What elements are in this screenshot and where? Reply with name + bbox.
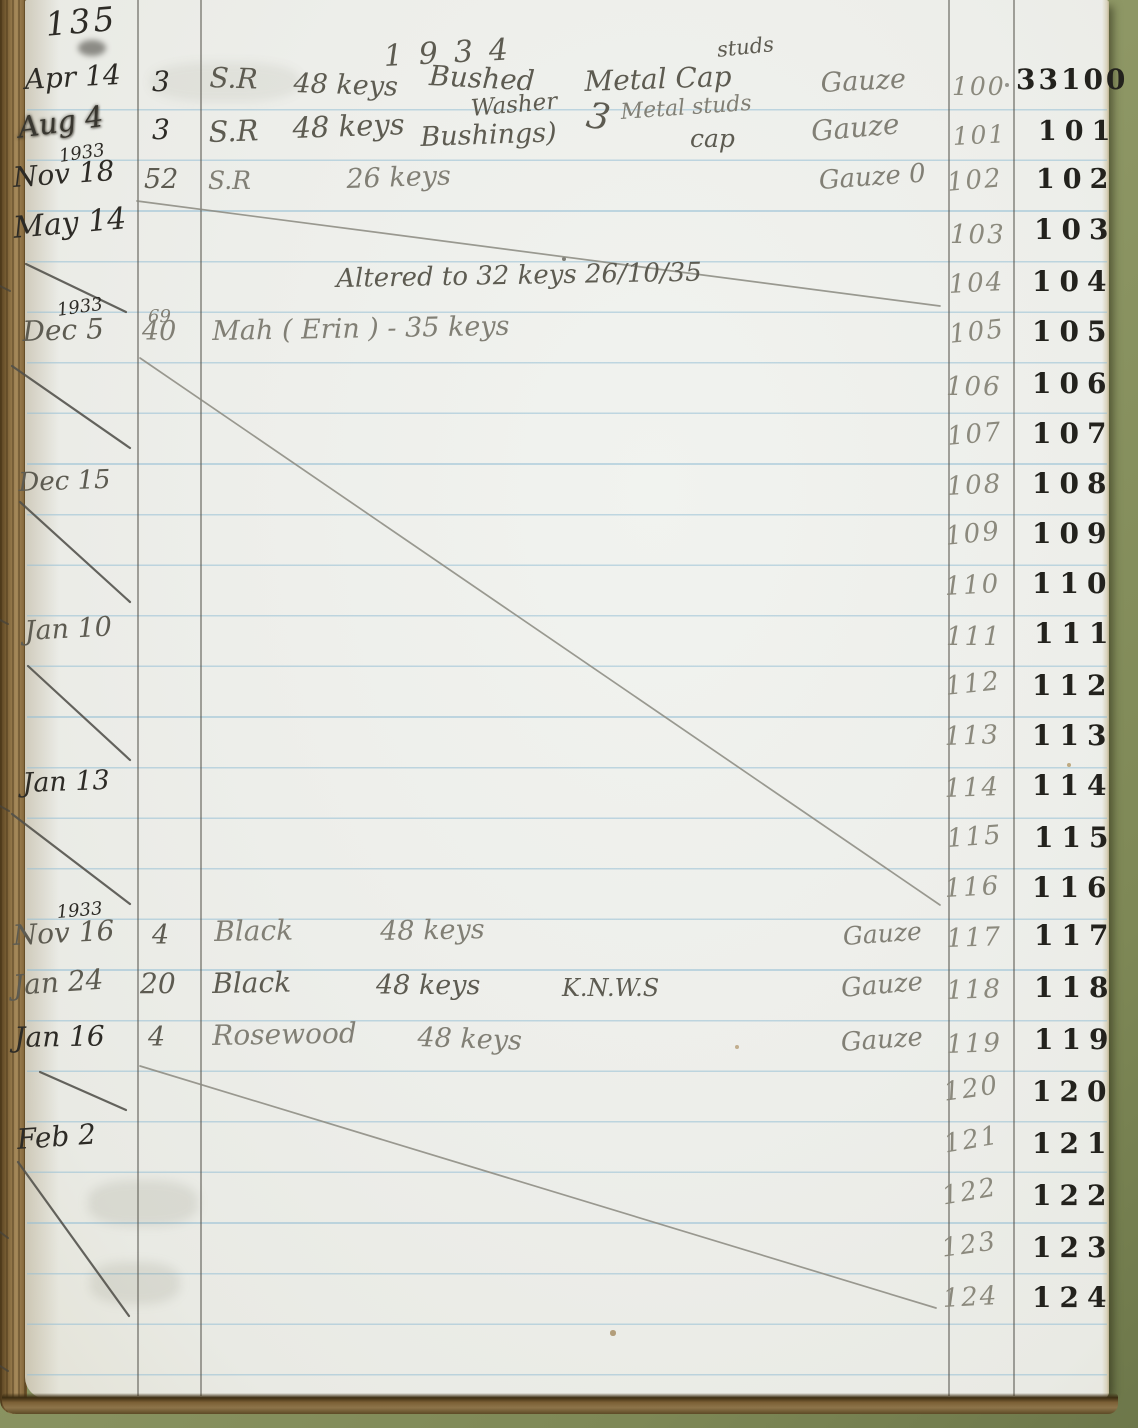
serial-pencil-112: 112 [944,668,1002,700]
desc-101-keys: 48 keys [292,110,405,143]
desc-100-keys: 48 keys [293,70,398,101]
serial-ink-100: 33100 [1016,66,1128,94]
serial-ink-110: 110 [1032,570,1114,598]
desc-118-initials: K.N.W.S [562,976,659,1000]
desc-102-sr: S.R [208,168,251,193]
date-dec-15: Dec 15 [18,467,111,496]
desc-117-black: Black [214,917,293,946]
serial-pencil-119: 119 [946,1030,1003,1058]
qty-105: 40 [142,318,176,345]
qty-102: 52 [144,166,178,193]
desc-100-metal-cap: Metal Cap [584,63,732,96]
desc-100-bushed: Bushed [429,62,536,95]
serial-pencil-111: 111 [946,624,1002,650]
qty-119: 4 [148,1024,165,1051]
serial-pencil-103: 103 [950,222,1006,248]
serial-ink-116: 116 [1032,874,1114,902]
paper-specks [0,0,2,2]
serial-pencil-110: 110 [944,571,1001,600]
serial-ink-124: 124 [1032,1284,1114,1312]
desc-101-sr: S.R [208,116,259,147]
serial-ink-113: 113 [1032,722,1114,750]
desc-105: Mah ( Erin ) - 35 keys [212,313,510,345]
desc-119-keys: 48 keys [417,1024,522,1055]
serial-ink-109: 109 [1032,520,1114,548]
serial-ink-104: 104 [1032,268,1114,296]
column-divider-number [1013,0,1015,1396]
scanned-ledger-screenshot: { "document": { "type": "handwritten led… [0,0,1138,1428]
date-jan-16: Jan 16 [14,1022,105,1052]
serial-pencil-116: 116 [944,873,1001,902]
serial-ink-107: 107 [1032,420,1114,448]
cap-note: cap [690,126,735,151]
serial-ink-117: 117 [1034,922,1116,950]
gauge-100: Gauze [820,66,907,97]
date-nov-18: Nov 18 [12,157,115,192]
serial-pencil-104: 104 [948,269,1005,298]
serial-ink-105: 105 [1032,318,1114,346]
serial-pencil-114: 114 [944,774,1001,802]
desc-117-keys: 48 keys [380,916,485,945]
ink-blot [78,40,106,56]
serial-ink-119: 119 [1034,1026,1116,1054]
gauge-101: Gauze [810,110,901,146]
column-divider-qty [200,0,202,1396]
studs-note: studs [716,34,775,61]
date-nov-16: Nov 16 [12,917,115,950]
serial-ink-112: 112 [1032,672,1114,700]
bleedthrough-smudge [88,1180,198,1226]
serial-pencil-108: 108 [946,471,1003,500]
serial-pencil-115: 115 [946,822,1003,852]
serial-pencil-120: 120 [942,1072,1001,1105]
serial-ink-115: 115 [1034,824,1116,852]
desc-118-black: Black [212,969,291,998]
serial-pencil-100: 100 [952,74,1006,99]
gauge-118: Gauze [840,969,924,1002]
serial-pencil-124: 124 [942,1283,999,1312]
date-jan-13: Jan 13 [22,767,110,797]
desc-102-keys: 26 keys [346,162,451,193]
serial-ink-111: 111 [1034,620,1116,648]
date-apr-14: Apr 14 [24,61,121,94]
serial-pencil-102: 102 [946,165,1004,196]
serial-ink-114: 114 [1032,772,1114,800]
serial-pencil-123: 123 [940,1228,999,1261]
desc-101-bushings: Bushings) [420,119,557,151]
gauge-102: Gauze 0 [818,161,926,194]
serial-pencil-107: 107 [946,419,1004,450]
serial-ink-118: 118 [1034,974,1116,1002]
serial-ink-106: 106 [1032,370,1114,398]
serial-ink-103: 103 [1034,216,1116,244]
serial-pencil-117: 117 [946,924,1003,952]
desc-118-keys: 48 keys [376,972,480,999]
serial-ink-102: 102 [1036,166,1116,193]
serial-ink-120: 120 [1032,1078,1114,1106]
serial-ink-121: 121 [1032,1130,1114,1158]
page-block-bottom-edge [2,1393,1118,1414]
qty-101: 3 [152,116,170,144]
serial-pencil-118: 118 [946,976,1003,1004]
serial-pencil-109: 109 [944,518,1002,550]
date-dec-5: Dec 5 [22,315,104,346]
altered-note: Altered to 32 keys 26/10/35 [336,260,702,292]
date-feb-2: Feb 2 [16,1120,97,1153]
qty-118: 20 [140,970,176,998]
serial-ink-108: 108 [1032,470,1114,498]
date-jan-24: Jan 24 [12,966,104,1000]
date-jan-10: Jan 10 [24,613,113,645]
gauge-119: Gauze [840,1024,924,1056]
desc-100-sr: S.R [209,64,258,94]
bleedthrough-smudge [90,1262,180,1304]
serial-ink-101: 101 [1038,118,1118,145]
page-number: 135 [44,2,119,41]
qty-117: 4 [152,922,169,949]
qty-100: 3 [152,68,170,96]
serial-ink-123: 123 [1032,1234,1114,1262]
gauge-117: Gauze [842,918,923,948]
serial-pencil-105: 105 [948,316,1006,348]
serial-pencil-113: 113 [944,722,1001,750]
serial-pencil-106: 106 [946,374,1002,400]
serial-pencil-101: 101 [952,121,1007,149]
serial-ink-122: 122 [1032,1182,1114,1210]
desc-119-rosewood: Rosewood [212,1019,357,1050]
